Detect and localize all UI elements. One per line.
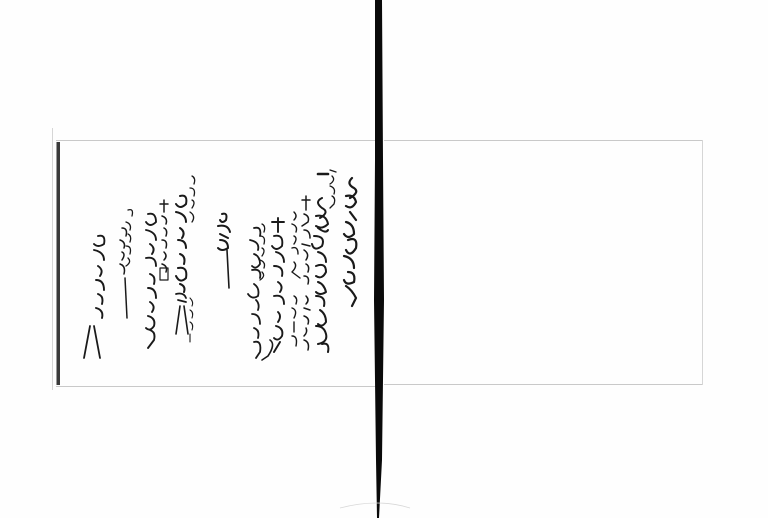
title-column [344, 178, 356, 306]
handwriting-layer [0, 0, 768, 518]
manuscript-spread: 山度風雨聞書 山度風雨聞書 一 右御用之 御飛脚 早足ニ而御差越被成ニ付 日限御… [0, 0, 768, 518]
spine-shadow [374, 0, 384, 518]
